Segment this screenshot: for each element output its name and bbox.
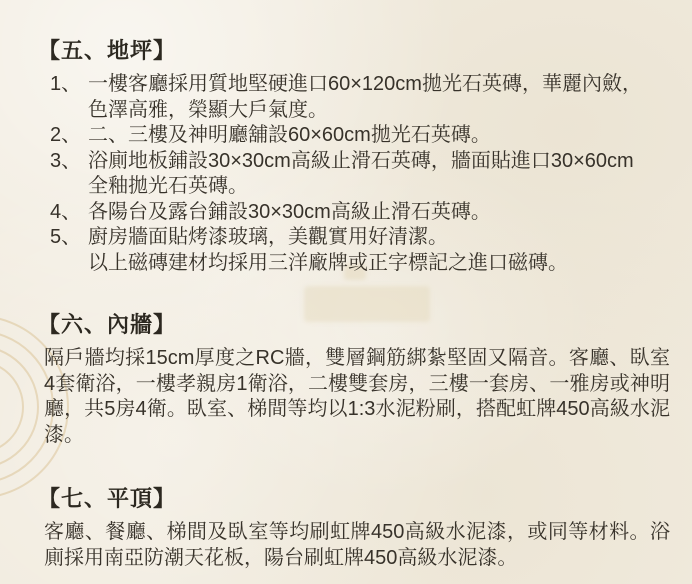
interior-walls-paragraph: 隔戶牆均採15cm厚度之RC牆，雙層鋼筋綁紮堅固又隔音。客廳、臥室4套衛浴，一樓… — [44, 346, 670, 448]
spec-document-page: 【五、地坪】 1、 一樓客廳採用質地堅硬進口60×120cm拋光石英磚，華麗內斂… — [0, 0, 692, 584]
list-item: 5、 廚房牆面貼烤漆玻璃，美觀實用好清潔。 — [50, 225, 670, 251]
list-item-number: 5、 — [50, 225, 88, 251]
list-item: 4、 各陽台及露台鋪設30×30cm高級止滑石英磚。 — [50, 200, 670, 226]
ceiling-paragraph: 客廳、餐廳、梯間及臥室等均刷虹牌450高級水泥漆，或同等材料。浴廁採用南亞防潮天… — [44, 520, 670, 571]
list-item-text: 廚房牆面貼烤漆玻璃，美觀實用好清潔。 — [88, 225, 648, 251]
list-item-number: 2、 — [50, 123, 88, 149]
list-item-number: 3、 — [50, 149, 88, 200]
section-ceiling: 【七、平頂】 客廳、餐廳、梯間及臥室等均刷虹牌450高級水泥漆，或同等材料。浴廁… — [38, 482, 670, 571]
list-item-note: 以上磁磚建材均採用三洋廠牌或正字標記之進口磁磚。 — [50, 251, 670, 277]
list-item: 3、 浴廁地板鋪設30×30cm高級止滑石英磚，牆面貼進口30×60cm全釉拋光… — [50, 149, 670, 200]
section-title-interior-walls: 【六、內牆】 — [38, 308, 670, 339]
section-title-ceiling: 【七、平頂】 — [38, 482, 670, 513]
list-item-text: 一樓客廳採用質地堅硬進口60×120cm拋光石英磚，華麗內斂，色澤高雅，榮顯大戶… — [88, 72, 648, 123]
list-item: 2、 二、三樓及神明廳舖設60×60cm拋光石英磚。 — [50, 123, 670, 149]
list-item-text: 各陽台及露台鋪設30×30cm高級止滑石英磚。 — [88, 200, 648, 226]
section-flooring: 【五、地坪】 1、 一樓客廳採用質地堅硬進口60×120cm拋光石英磚，華麗內斂… — [38, 34, 670, 276]
flooring-spec-list: 1、 一樓客廳採用質地堅硬進口60×120cm拋光石英磚，華麗內斂，色澤高雅，榮… — [50, 72, 670, 276]
list-item: 1、 一樓客廳採用質地堅硬進口60×120cm拋光石英磚，華麗內斂，色澤高雅，榮… — [50, 72, 670, 123]
list-item-number: 4、 — [50, 200, 88, 226]
section-interior-walls: 【六、內牆】 隔戶牆均採15cm厚度之RC牆，雙層鋼筋綁紮堅固又隔音。客廳、臥室… — [38, 308, 670, 448]
section-title-flooring: 【五、地坪】 — [38, 34, 670, 65]
list-item-text: 浴廁地板鋪設30×30cm高級止滑石英磚，牆面貼進口30×60cm全釉拋光石英磚… — [88, 149, 648, 200]
list-item-number — [50, 251, 88, 277]
list-item-text: 二、三樓及神明廳舖設60×60cm拋光石英磚。 — [88, 123, 648, 149]
document-content: 【五、地坪】 1、 一樓客廳採用質地堅硬進口60×120cm拋光石英磚，華麗內斂… — [0, 0, 692, 571]
list-item-text: 以上磁磚建材均採用三洋廠牌或正字標記之進口磁磚。 — [88, 251, 648, 277]
list-item-number: 1、 — [50, 72, 88, 123]
